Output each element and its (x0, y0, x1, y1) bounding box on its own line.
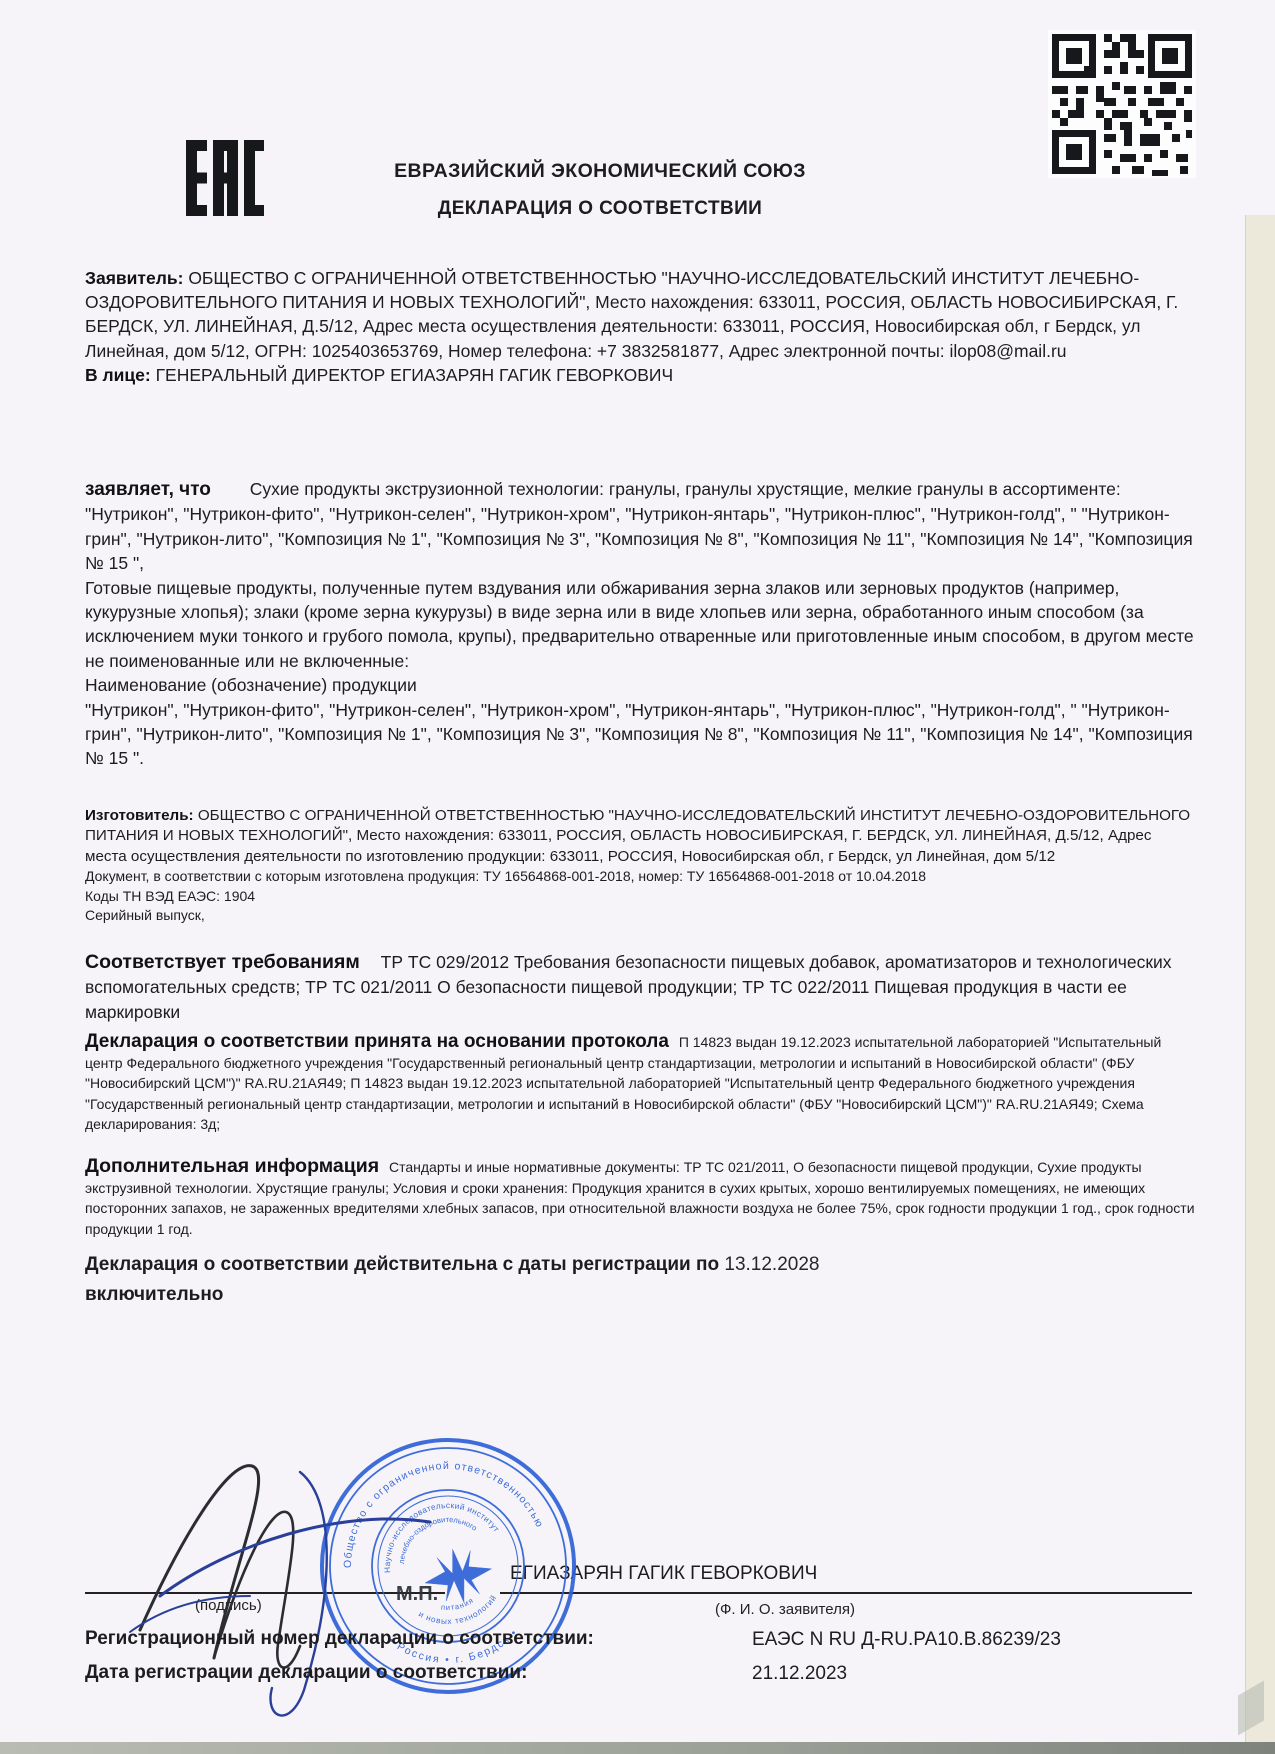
declares-label: заявляет, что (85, 479, 211, 500)
manufacturer-label: Изготовитель: (85, 807, 194, 824)
union-title: ЕВРАЗИЙСКИЙ ЭКОНОМИЧЕСКИЙ СОЮЗ (85, 160, 1115, 183)
in-person-text: ГЕНЕРАЛЬНЫЙ ДИРЕКТОР ЕГИАЗАРЯН ГАГИК ГЕВ… (156, 365, 674, 385)
declaration-page: ЕВРАЗИЙСКИЙ ЭКОНОМИЧЕСКИЙ СОЮЗ ДЕКЛАРАЦИ… (0, 0, 1275, 1754)
product-names: "Нутрикон", "Нутрикон-фито", "Нутрикон-с… (85, 698, 1197, 771)
fio-rule (500, 1592, 1192, 1594)
fio-caption: (Ф. И. О. заявителя) (715, 1601, 855, 1618)
declares-description: Готовые пищевые продукты, полученные пут… (85, 576, 1197, 674)
applicant-section: Заявитель: ОБЩЕСТВО С ОГРАНИЧЕННОЙ ОТВЕТ… (85, 266, 1197, 387)
manufacturer-section: Изготовитель: ОБЩЕСТВО С ОГРАНИЧЕННОЙ ОТ… (85, 806, 1197, 926)
in-person-label: В лице: (85, 365, 151, 385)
registration-number-label: Регистрационный номер декларации о соотв… (85, 1628, 594, 1650)
document-title: ДЕКЛАРАЦИЯ О СООТВЕТСТВИИ (85, 198, 1115, 220)
registration-number-value: ЕАЭС N RU Д-RU.РА10.В.86239/23 (752, 1629, 1061, 1651)
applicant-label: Заявитель: (85, 268, 183, 288)
validity-suffix: включительно (85, 1280, 1197, 1310)
registration-date-value: 21.12.2023 (752, 1663, 847, 1685)
tn-ved-codes: Коды ТН ВЭД ЕАЭС: 1904 (85, 887, 1197, 907)
manufacturer-text: ОБЩЕСТВО С ОГРАНИЧЕННОЙ ОТВЕТСТВЕННОСТЬЮ… (85, 807, 1190, 865)
basis-label: Декларация о соответствии принята на осн… (85, 1031, 669, 1052)
serial-issue: Серийный выпуск, (85, 906, 1197, 926)
validity-date: 13.12.2028 (724, 1254, 819, 1275)
registration-date-label: Дата регистрации декларации о соответств… (85, 1662, 527, 1684)
applicant-text: ОБЩЕСТВО С ОГРАНИЧЕННОЙ ОТВЕТСТВЕННОСТЬЮ… (85, 268, 1178, 361)
validity-prefix: Декларация о соответствии действительна … (85, 1254, 719, 1275)
product-name-heading: Наименование (обозначение) продукции (85, 673, 1197, 697)
additional-info-section: Дополнительная информация Стандарты и ин… (85, 1156, 1197, 1239)
additional-info-label: Дополнительная информация (85, 1155, 379, 1177)
basis-section: Декларация о соответствии принята на осн… (85, 1032, 1197, 1135)
complies-label: Соответствует требованиям (85, 951, 360, 973)
manufacturer-document-line: Документ, в соответствии с которым изгот… (85, 867, 1197, 887)
declares-section: заявляет, что Сухие продукты экструзионн… (85, 477, 1197, 771)
declares-products-intro: Сухие продукты экструзионной технологии:… (85, 479, 1193, 573)
validity-section: Декларация о соответствии действительна … (85, 1250, 1197, 1310)
qr-code (1048, 30, 1196, 178)
scan-edge-bottom (0, 1742, 1275, 1754)
complies-section: Соответствует требованиям ТР ТС 029/2012… (85, 950, 1197, 1025)
scan-edge-right (1245, 215, 1275, 1742)
